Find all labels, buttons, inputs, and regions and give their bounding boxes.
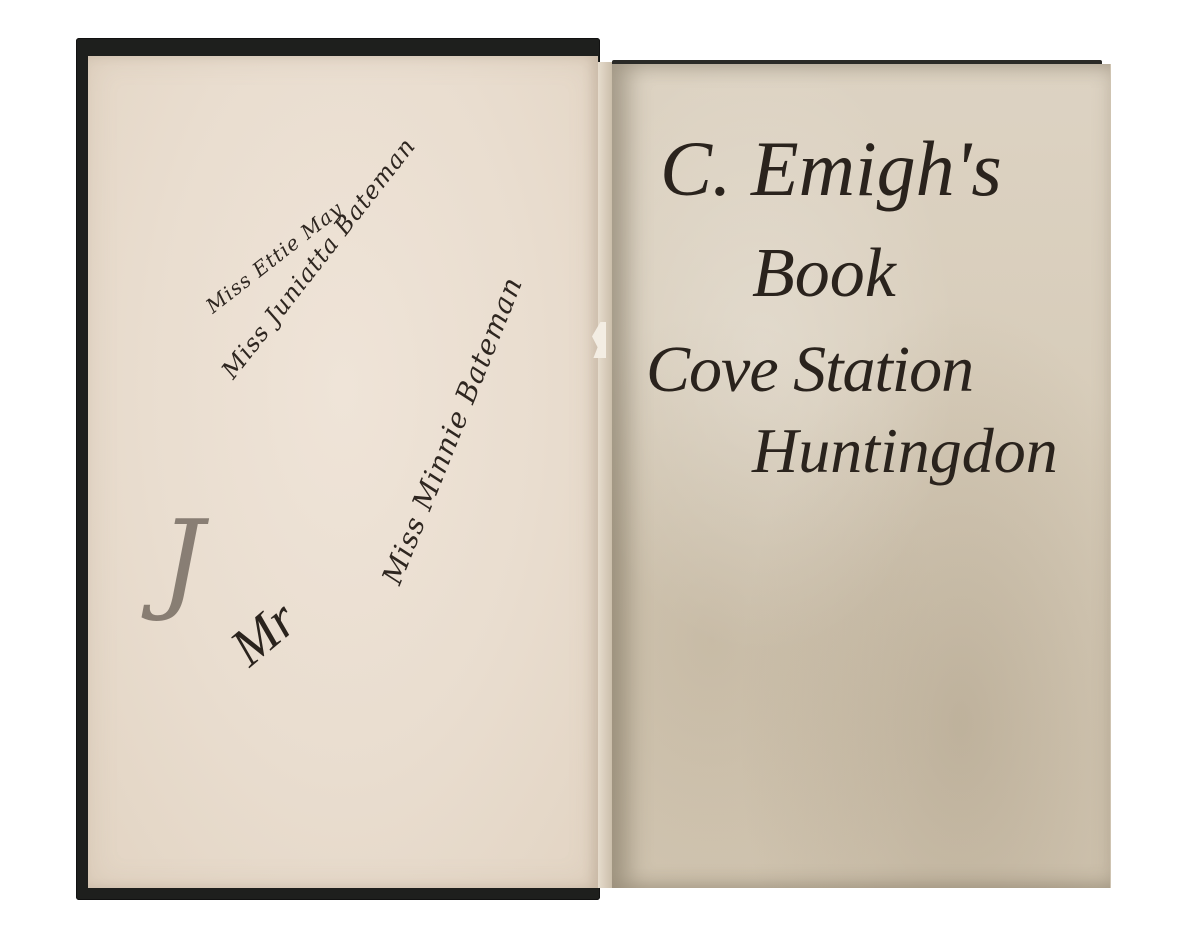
inscription-flourish-j: J [160, 496, 205, 624]
inscription-place: Cove Station [646, 332, 973, 408]
inscription-county: Huntingdon [752, 414, 1058, 488]
inscription-owner-name: C. Emigh's [660, 124, 1002, 214]
inscription-mr: Mr [218, 588, 308, 678]
inscription-juniatta-bateman: Miss Juniatta Bateman [216, 132, 421, 384]
inscription-book: Book [752, 234, 896, 314]
inscription-minnie-bateman: Miss Minnie Bateman [375, 272, 529, 589]
right-endpaper: C. Emigh's Book Cove Station Huntingdon [612, 64, 1111, 888]
left-endpaper: Miss Ettie May Miss Juniatta Bateman Mis… [88, 56, 598, 888]
